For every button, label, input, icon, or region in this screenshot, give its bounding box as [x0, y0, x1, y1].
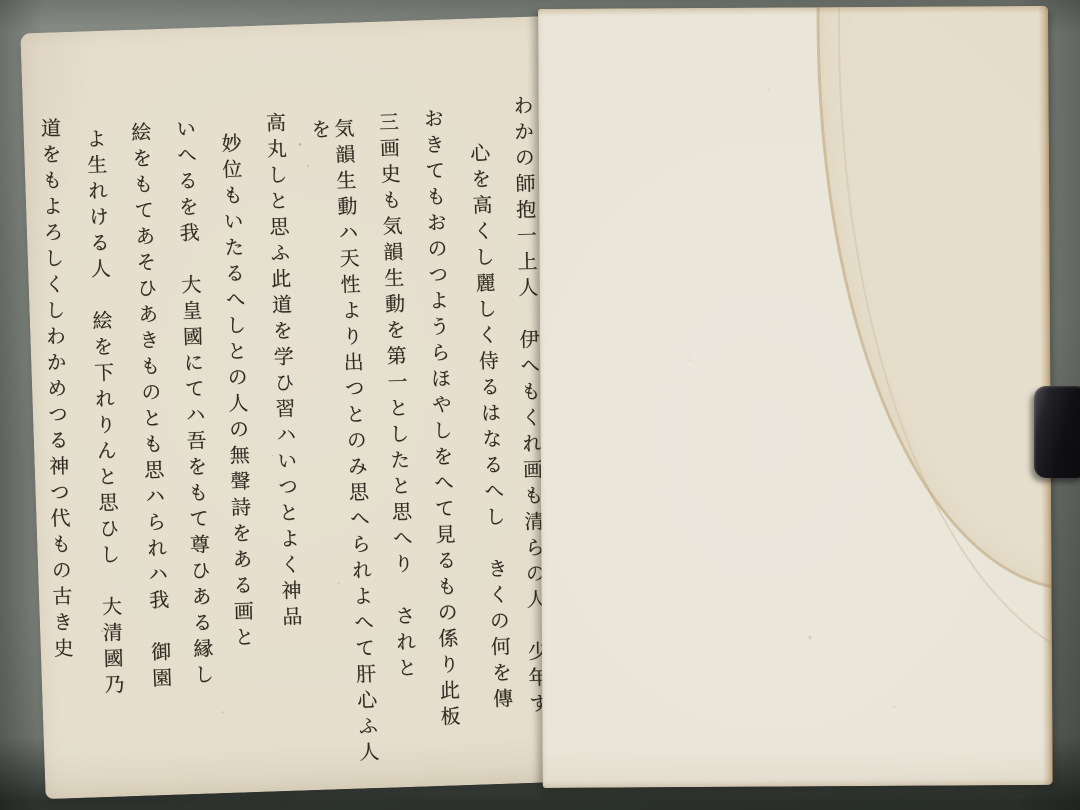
text-column-4: 三画史も気韻生動を第一としたと思へり されと	[375, 111, 420, 783]
text-column-9: 絵をもてあそひあきものとも思ハられハ我 御園	[127, 121, 176, 791]
water-stain	[789, 6, 1052, 604]
text-column-6: 高丸しと思ふ此道を学ひ習ハいつとよく神品	[262, 112, 307, 787]
text-column-10: よ生れける人 絵を下れりんと思ひし 大清國乃	[82, 128, 127, 793]
text-column-8: いへるを我 大皇國にてハ吾をもて尊ひある縁し	[172, 118, 217, 790]
text-column-7: 妙位もいたるへしとの人の無聲詩をある画と	[218, 132, 258, 788]
text-column-11: 道をもよろしくしわかめつる神つ代もの古き史	[37, 117, 77, 794]
black-page-clip	[1034, 386, 1080, 478]
right-page-blank	[538, 6, 1053, 788]
manuscript-text-block: わかの師抱一上人 伊へもくれ画も清らの人 少年す 心を高くし麗しく侍るはなるへし…	[37, 87, 556, 795]
text-column-5: 気韻生動ハ天性より出つとのみ思へられよへて肝心ふ人を	[307, 117, 380, 785]
text-column-3: おきてもおのつようらほやしをへて見るもの係り此板	[420, 108, 462, 782]
text-column-2: 心を高くし麗しく侍るはなるへし きくの何を傳	[466, 142, 516, 780]
left-page: わかの師抱一上人 伊へもくれ画も清らの人 少年す 心を高くし麗しく侍るはなるへし…	[20, 16, 573, 799]
photo-background: わかの師抱一上人 伊へもくれ画も清らの人 少年す 心を高くし麗しく侍るはなるへし…	[0, 0, 1080, 810]
